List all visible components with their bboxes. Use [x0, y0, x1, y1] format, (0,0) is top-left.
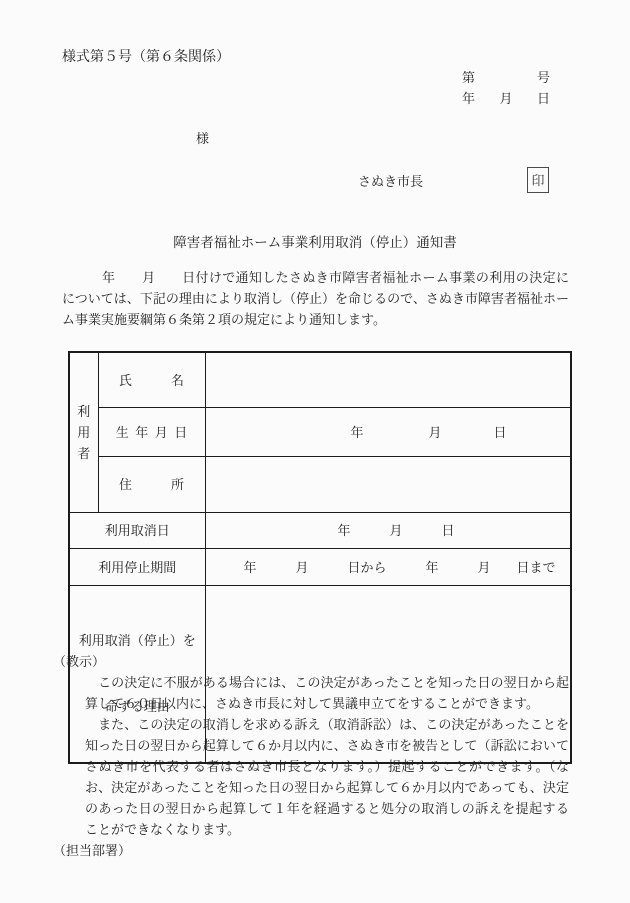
kyoji-line: 知った日の翌日から起算して６か月以内に、さぬき市を被告として（訴訟において [85, 735, 569, 756]
kyoji-line: また、この決定の取消しを求める訴え（取消訴訟）は、この決定があったことを [85, 714, 569, 735]
name-label: 氏 名 [98, 352, 205, 408]
document-page: 様式第５号（第６条関係） 第 号 年 月 日 様 さぬき市長 印 障害者福祉ホー… [0, 0, 630, 903]
doc-number-suffix: 号 [537, 67, 550, 88]
form-number-note: 様式第５号（第６条関係） [62, 47, 230, 68]
user-side-label: 利 用 者 [69, 352, 98, 513]
doc-number-prefix: 第 [462, 67, 475, 88]
kyoji-line: 算して６０日以内に、さぬき市長に対して異議申立てをすることができます。 [85, 693, 569, 714]
cancel-date-value-cell: 年 月 日 [205, 513, 571, 549]
kyoji-heading: （教示） [53, 651, 105, 672]
body-line: については、下記の理由により取消し（停止）を命じるので、さぬき市障害者福祉ホー [62, 288, 569, 309]
date-month-label: 月 [499, 88, 512, 109]
birthdate-label: 生 年 月 日 [98, 408, 205, 457]
kyoji-line: さぬき市を代表する者はさぬき市長となります。）提起することができます。（な [85, 756, 569, 777]
sender-name: さぬき市長 [358, 171, 423, 192]
seal-box: 印 [527, 167, 549, 193]
seal-mark: 印 [531, 170, 544, 191]
address-value-cell [205, 457, 571, 513]
cancel-date-label: 利用取消日 [69, 513, 205, 549]
name-value-cell [205, 352, 571, 408]
suspend-period-label: 利用停止期間 [69, 549, 205, 586]
date-day-label: 日 [537, 88, 550, 109]
body-line: ム事業実施要綱第６条第２項の規定により通知します。 [62, 309, 569, 330]
doc-number-line: 第 号 [462, 67, 550, 88]
date-year-label: 年 [462, 88, 475, 109]
kyoji-line: ことができなくなります。 [85, 819, 569, 840]
document-title: 障害者福祉ホーム事業利用取消（停止）通知書 [0, 232, 630, 253]
kyoji-line: のあった日の翌日から起算して１年を経過すると処分の取消しの訴えを提起する [85, 798, 569, 819]
recipient-honorific: 様 [196, 128, 209, 149]
suspend-period-value-cell: 年 月 日から 年 月 日まで [205, 549, 571, 586]
birthdate-value-cell: 年 月 日 [205, 408, 571, 457]
date-line: 年 月 日 [462, 88, 550, 109]
kyoji-line: この決定に不服がある場合には、この決定があったことを知った日の翌日から起 [85, 672, 569, 693]
address-label: 住 所 [98, 457, 205, 513]
kyoji-line: お、決定があったことを知った日の翌日から起算して６か月以内であっても、決定 [85, 777, 569, 798]
department-note: （担当部署） [53, 840, 131, 861]
body-line: 年 月 日付けで通知したさぬき市障害者福祉ホーム事業の利用の決定に [62, 267, 569, 288]
